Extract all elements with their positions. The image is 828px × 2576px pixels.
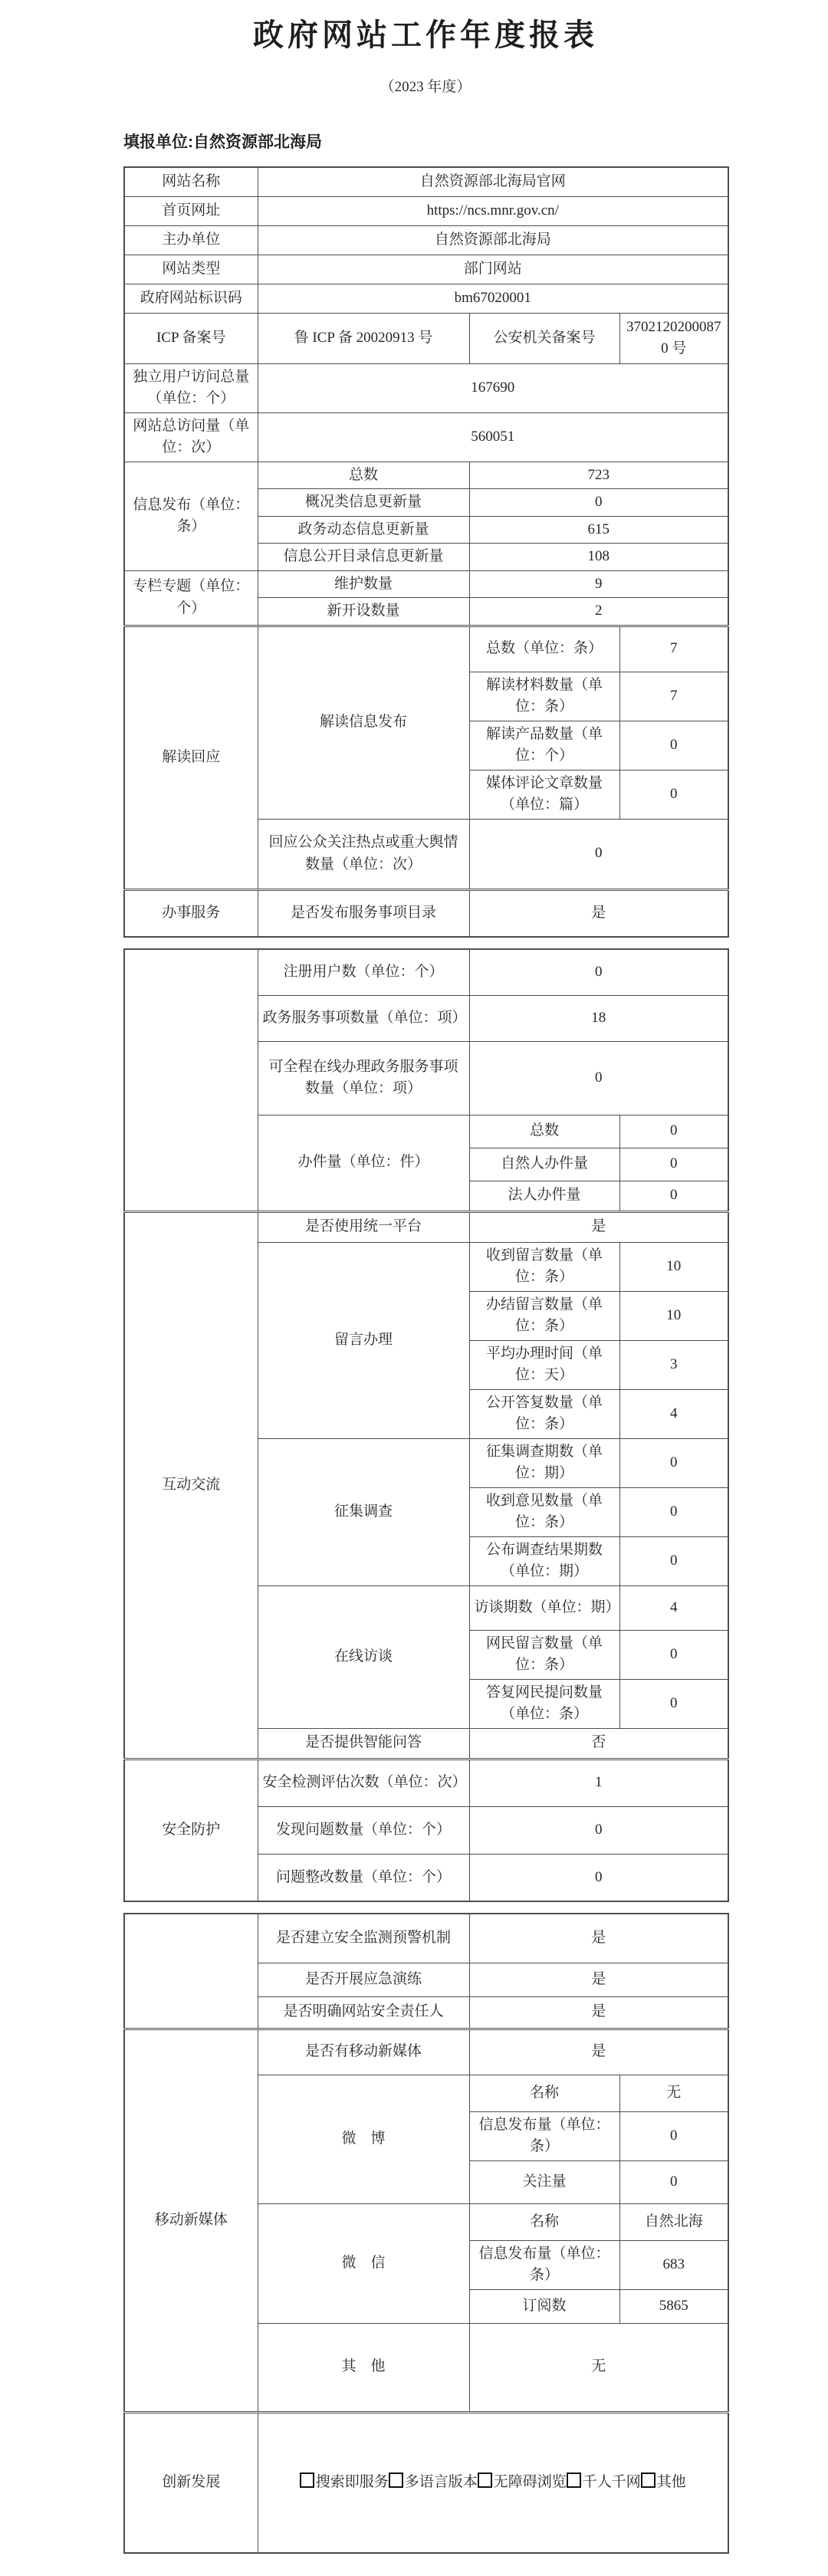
service-catalog-value: 是	[469, 889, 728, 937]
page-title: 政府网站工作年度报表	[123, 0, 728, 55]
option-label: 其他	[657, 2474, 686, 2490]
report-content: 政府网站工作年度报表 （2023 年度） 填报单位:自然资源部北海局 网站名称 …	[123, 0, 728, 2554]
msg-public-reply-label: 公开答复数量（单位：条）	[469, 1389, 619, 1438]
media-comment-label: 媒体评论文章数量（单位：篇）	[469, 770, 619, 819]
interpret-publish-label: 解读信息发布	[258, 626, 469, 819]
problems-fixed-label: 问题整改数量（单位：个）	[258, 1854, 469, 1901]
msg-received-label: 收到留言数量（单位：条）	[469, 1242, 619, 1291]
option-search-service: 搜索即服务	[300, 2472, 389, 2494]
total-visits-value: 560051	[258, 412, 728, 462]
weibo-name-value: 无	[619, 2075, 728, 2111]
wechat-name-value: 自然北海	[619, 2203, 728, 2240]
service-items-value: 18	[469, 995, 728, 1041]
other-media-value: 无	[469, 2323, 728, 2412]
reporting-unit: 填报单位:自然资源部北海局	[123, 130, 728, 153]
survey-opinions-value: 0	[619, 1487, 728, 1536]
report-page: 政府网站工作年度报表 （2023 年度） 填报单位:自然资源部北海局 网站名称 …	[0, 0, 828, 2576]
report-year: （2023 年度）	[123, 75, 728, 96]
msg-avgtime-label: 平均办理时间（单位：天）	[469, 1340, 619, 1389]
interpret-material-value: 7	[619, 672, 728, 721]
interpret-product-value: 0	[619, 721, 728, 770]
weibo-label: 微 博	[258, 2075, 469, 2203]
info-total-label: 总数	[258, 462, 469, 489]
unique-visitors-value: 167690	[258, 363, 728, 412]
column-new-value: 2	[469, 598, 728, 626]
problems-found-label: 发现问题数量（单位：个）	[258, 1806, 469, 1854]
case-total-value: 0	[619, 1115, 728, 1148]
interview-messages-label: 网民留言数量（单位：条）	[469, 1630, 619, 1679]
option-label: 千人千网	[583, 2474, 641, 2490]
registered-users-value: 0	[469, 949, 728, 995]
msg-closed-label: 办结留言数量（单位：条）	[469, 1291, 619, 1340]
security-media-innovation-table: 是否建立安全监测预警机制 是 是否开展应急演练 是 是否明确网站安全责任人 是 …	[123, 1913, 729, 2554]
case-total-label: 总数	[469, 1115, 619, 1148]
info-catalog-value: 108	[469, 544, 728, 571]
survey-label: 征集调查	[258, 1438, 469, 1585]
interview-issues-value: 4	[619, 1585, 728, 1630]
option-personalized: 千人千网	[567, 2472, 641, 2494]
weibo-posts-value: 0	[619, 2111, 728, 2160]
site-code-label: 政府网站标识码	[124, 284, 258, 313]
wechat-label: 微 信	[258, 2203, 469, 2323]
interview-issues-label: 访谈期数（单位：期）	[469, 1585, 619, 1630]
site-type-value: 部门网站	[258, 255, 728, 284]
online-items-value: 0	[469, 1041, 728, 1115]
info-news-label: 政务动态信息更新量	[258, 516, 469, 544]
survey-results-value: 0	[619, 1536, 728, 1585]
case-legal-value: 0	[619, 1181, 728, 1211]
info-overview-value: 0	[469, 489, 728, 517]
column-maintain-label: 维护数量	[258, 570, 469, 598]
problems-found-value: 0	[469, 1806, 728, 1854]
has-mobile-media-value: 是	[469, 2029, 728, 2075]
interaction-category: 互动交流	[124, 1211, 258, 1759]
police-record-value: 37021202000870 号	[619, 313, 728, 363]
site-name-label: 网站名称	[124, 167, 258, 196]
unique-visitors-label: 独立用户访问总量（单位：个）	[124, 363, 258, 412]
service-category-continuation-cell	[124, 949, 258, 1211]
msg-closed-value: 10	[619, 1291, 728, 1340]
site-name-value: 自然资源部北海局官网	[258, 167, 728, 196]
security-check-value: 1	[469, 1759, 728, 1806]
case-legal-label: 法人办件量	[469, 1181, 619, 1211]
case-volume-label: 办件量（单位：件）	[258, 1115, 469, 1211]
survey-results-label: 公布调查结果期数（单位：期）	[469, 1536, 619, 1585]
smart-qa-label: 是否提供智能问答	[258, 1728, 469, 1759]
smart-qa-value: 否	[469, 1728, 728, 1759]
emergency-drill-label: 是否开展应急演练	[258, 1963, 469, 1996]
service-interaction-security-table: 注册用户数（单位：个） 0 政务服务事项数量（单位：项） 18 可全程在线办理政…	[123, 948, 729, 1902]
online-interview-label: 在线访谈	[258, 1585, 469, 1728]
msg-received-value: 10	[619, 1242, 728, 1291]
security-officer-value: 是	[469, 1996, 728, 2029]
service-items-label: 政务服务事项数量（单位：项）	[258, 995, 469, 1041]
unified-platform-label: 是否使用统一平台	[258, 1211, 469, 1242]
basic-info-table: 网站名称 自然资源部北海局官网 首页网址 https://ncs.mnr.gov…	[123, 166, 729, 938]
has-mobile-media-label: 是否有移动新媒体	[258, 2029, 469, 2075]
option-label: 多语言版本	[405, 2474, 478, 2490]
info-catalog-label: 信息公开目录信息更新量	[258, 544, 469, 571]
survey-opinions-label: 收到意见数量（单位：条）	[469, 1487, 619, 1536]
security-category-continuation-cell	[124, 1914, 258, 2029]
info-publish-category: 信息发布（单位：条）	[124, 462, 258, 570]
info-total-value: 723	[469, 462, 728, 489]
site-code-value: bm67020001	[258, 284, 728, 313]
weibo-name-label: 名称	[469, 2075, 619, 2111]
column-maintain-value: 9	[469, 570, 728, 598]
wechat-name-label: 名称	[469, 2203, 619, 2240]
problems-fixed-value: 0	[469, 1854, 728, 1901]
unified-platform-value: 是	[469, 1211, 728, 1242]
survey-issues-value: 0	[619, 1438, 728, 1487]
info-news-value: 615	[469, 516, 728, 544]
interpret-total-value: 7	[619, 626, 728, 672]
other-media-label: 其 他	[258, 2323, 469, 2412]
registered-users-label: 注册用户数（单位：个）	[258, 949, 469, 995]
wechat-subscribers-value: 5865	[619, 2289, 728, 2323]
option-label: 无障碍浏览	[494, 2474, 567, 2490]
weibo-followers-value: 0	[619, 2160, 728, 2203]
mobile-media-category: 移动新媒体	[124, 2029, 258, 2412]
sponsor-label: 主办单位	[124, 225, 258, 255]
option-label: 搜索即服务	[316, 2474, 389, 2490]
msg-avgtime-value: 3	[619, 1340, 728, 1389]
checkbox-search-service-icon[interactable]	[300, 2472, 314, 2488]
checkbox-personalized-icon[interactable]	[567, 2472, 581, 2488]
innovation-category: 创新发展	[124, 2412, 258, 2553]
weibo-posts-label: 信息发布量（单位：条）	[469, 2111, 619, 2160]
media-comment-value: 0	[619, 770, 728, 819]
police-record-label: 公安机关备案号	[469, 313, 619, 363]
security-officer-label: 是否明确网站安全责任人	[258, 1996, 469, 2029]
wechat-subscribers-label: 订阅数	[469, 2289, 619, 2323]
weibo-followers-label: 关注量	[469, 2160, 619, 2203]
site-type-label: 网站类型	[124, 255, 258, 284]
respond-hotspot-label: 回应公众关注热点或重大舆情数量（单位：次）	[258, 819, 469, 889]
wechat-posts-label: 信息发布量（单位：条）	[469, 2240, 619, 2289]
case-person-label: 自然人办件量	[469, 1148, 619, 1181]
message-handling-label: 留言办理	[258, 1242, 469, 1438]
case-person-value: 0	[619, 1148, 728, 1181]
home-url-value: https://ncs.mnr.gov.cn/	[258, 196, 728, 225]
innovation-options: 搜索即服务多语言版本无障碍浏览千人千网其他	[258, 2412, 728, 2553]
icp-value: 鲁 ICP 备 20020913 号	[258, 313, 469, 363]
interview-replies-label: 答复网民提问数量（单位：条）	[469, 1679, 619, 1728]
info-overview-label: 概况类信息更新量	[258, 489, 469, 517]
option-accessibility: 无障碍浏览	[478, 2472, 567, 2494]
interpret-product-label: 解读产品数量（单位：个）	[469, 721, 619, 770]
respond-hotspot-value: 0	[469, 819, 728, 889]
service-catalog-label: 是否发布服务事项目录	[258, 889, 469, 937]
interview-replies-value: 0	[619, 1679, 728, 1728]
msg-public-reply-value: 4	[619, 1389, 728, 1438]
checkbox-accessibility-icon[interactable]	[478, 2472, 492, 2488]
interpret-material-label: 解读材料数量（单位：条）	[469, 672, 619, 721]
option-multilingual: 多语言版本	[389, 2472, 478, 2494]
interpret-total-label: 总数（单位：条）	[469, 626, 619, 672]
checkbox-multilingual-icon[interactable]	[389, 2472, 403, 2488]
interview-messages-value: 0	[619, 1630, 728, 1679]
total-visits-label: 网站总访问量（单位：次）	[124, 412, 258, 462]
security-category: 安全防护	[124, 1759, 258, 1901]
warning-mechanism-label: 是否建立安全监测预警机制	[258, 1914, 469, 1963]
online-items-label: 可全程在线办理政务服务事项数量（单位：项）	[258, 1041, 469, 1115]
column-new-label: 新开设数量	[258, 598, 469, 626]
interpret-respond-category: 解读回应	[124, 626, 258, 889]
survey-issues-label: 征集调查期数（单位：期）	[469, 1438, 619, 1487]
warning-mechanism-value: 是	[469, 1914, 728, 1963]
service-category: 办事服务	[124, 889, 258, 937]
wechat-posts-value: 683	[619, 2240, 728, 2289]
home-url-label: 首页网址	[124, 196, 258, 225]
option-other: 其他	[641, 2472, 686, 2494]
security-check-label: 安全检测评估次数（单位：次）	[258, 1759, 469, 1806]
checkbox-other-icon[interactable]	[641, 2472, 655, 2488]
icp-label: ICP 备案号	[124, 313, 258, 363]
special-column-category: 专栏专题（单位：个）	[124, 570, 258, 626]
sponsor-value: 自然资源部北海局	[258, 225, 728, 255]
emergency-drill-value: 是	[469, 1963, 728, 1996]
